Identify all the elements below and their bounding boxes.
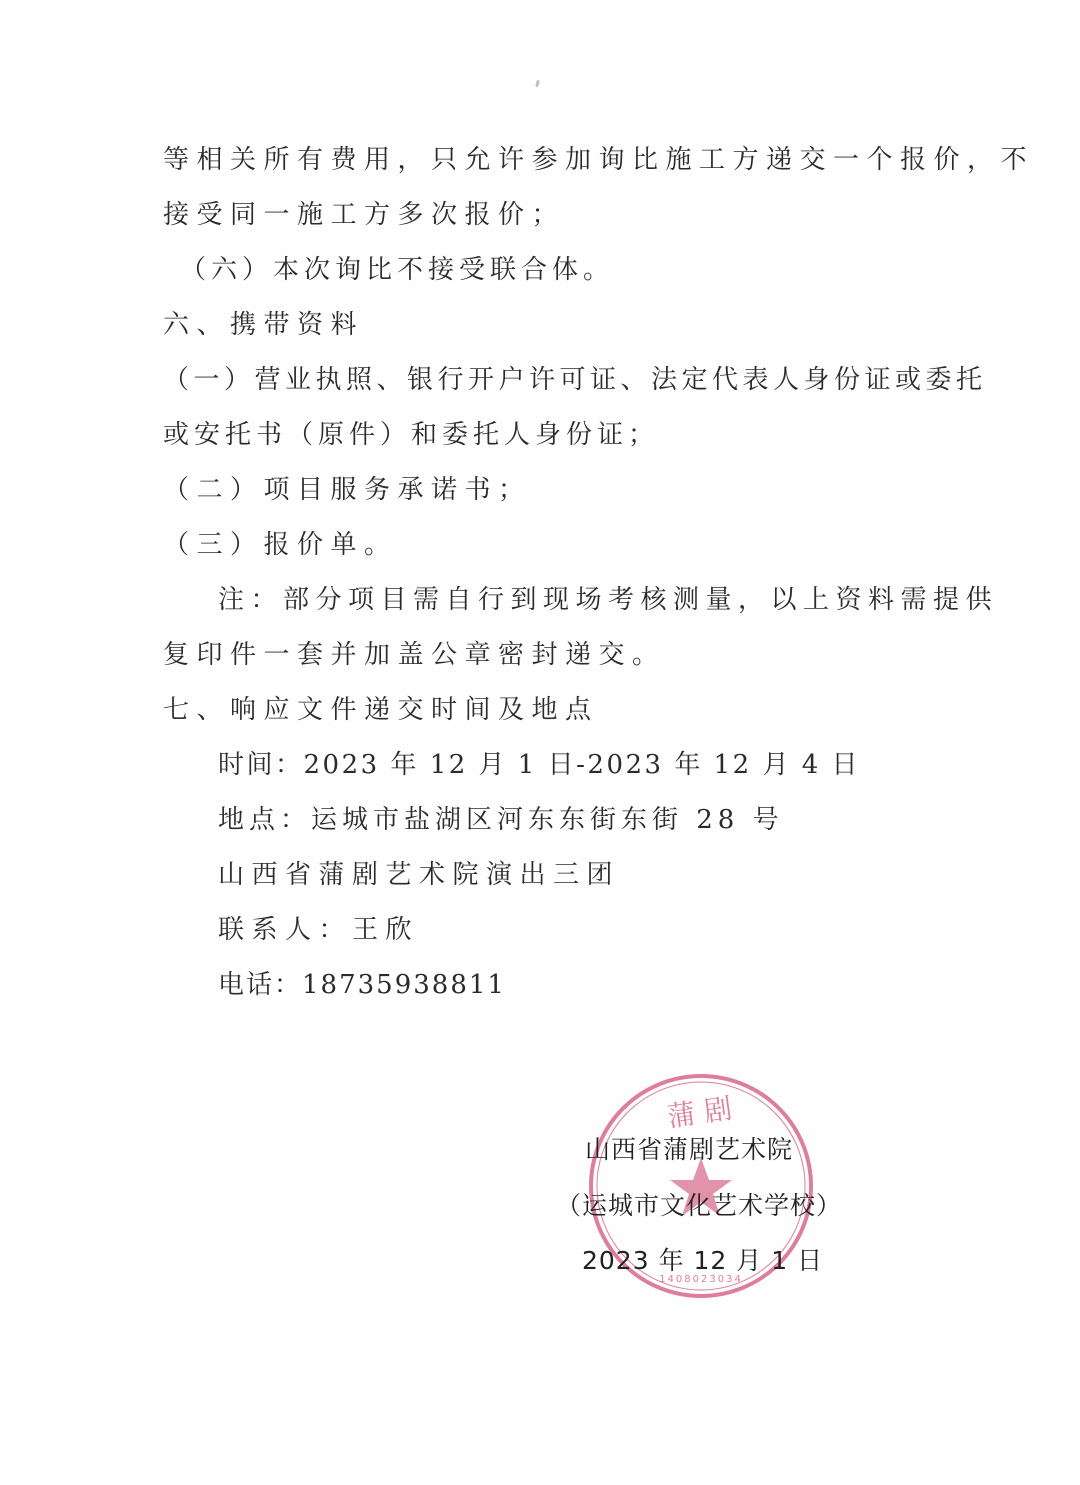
address-line: 地点：运城市盐湖区河东东街东街 28 号 [218,803,784,837]
signature-organization-alt: （运城市文化艺术学校） [556,1186,842,1222]
contact-line: 联系人：王欣 [218,913,419,947]
text-line: 注：部分项目需自行到现场考核测量，以上资料需提供 [218,583,998,617]
text-line: （六）本次询比不接受联合体。 [180,253,614,287]
text-line: 或安托书（原件）和委托人身份证； [163,418,659,452]
text-line: （二）项目服务承诺书； [163,473,532,507]
signature-date: 2023 年 12 月 1 日 [582,1241,823,1277]
text-line: 复印件一套并加盖公章密封递交。 [163,638,666,672]
svg-text:蒲 剧: 蒲 剧 [665,1092,734,1134]
text-line: 接受同一施工方多次报价； [163,198,565,232]
section-heading: 七、响应文件递交时间及地点 [163,693,599,727]
scan-speck [535,80,540,88]
text-line: （一）营业执照、银行开户许可证、法定代表人身份证或委托 [163,363,987,397]
signature-organization: 山西省蒲剧艺术院 [585,1130,793,1166]
text-line: （三）报价单。 [163,528,398,562]
section-heading: 六、携带资料 [163,308,364,342]
phone-line: 电话：18735938811 [218,968,506,1002]
time-line: 时间：2023 年 12 月 1 日-2023 年 12 月 4 日 [218,748,860,782]
organization-line: 山西省蒲剧艺术院演出三团 [218,858,620,892]
text-line: 等相关所有费用，只允许参加询比施工方递交一个报价，不 [163,143,1034,177]
